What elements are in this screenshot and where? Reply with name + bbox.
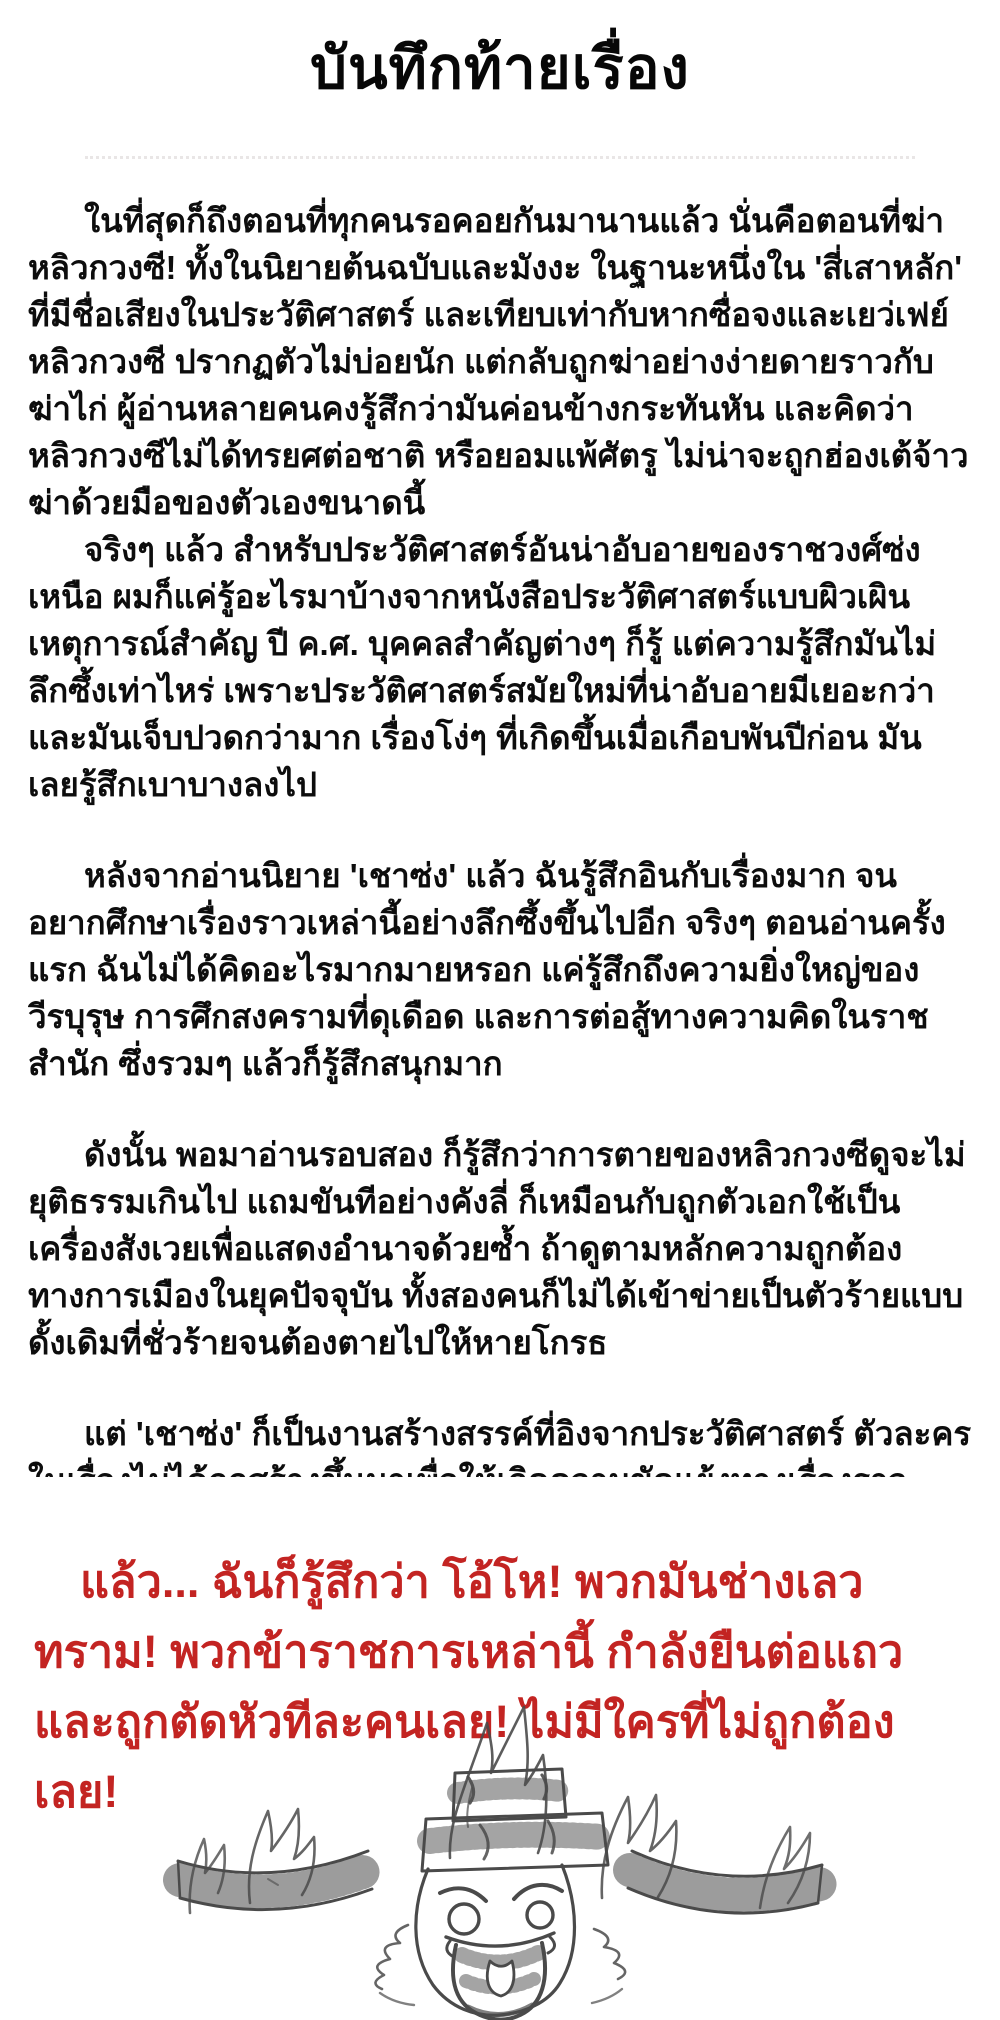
- page-title: บันทึกท้ายเรื่อง: [28, 34, 972, 104]
- afterword-page: บันทึกท้ายเรื่อง ในที่สุดก็ถึงตอนที่ทุกค…: [0, 0, 1000, 2020]
- paragraph: ดังนั้น พอมาอ่านรอบสอง ก็รู้สึกว่าการตาย…: [28, 1131, 972, 1366]
- afterword-body: ในที่สุดก็ถึงตอนที่ทุกคนรอคอยกันมานานแล้…: [28, 197, 972, 1477]
- paragraph: หลังจากอ่านนิยาย 'เชาซ่ง' แล้ว ฉันรู้สึก…: [28, 852, 972, 1087]
- highlighted-note: แล้ว... ฉันก็รู้สึกว่า โอ้โห! พวกมันช่าง…: [34, 1547, 966, 1777]
- paragraph: จริงๆ แล้ว สำหรับประวัติศาสตร์อันน่าอับอ…: [28, 526, 972, 808]
- paragraph: แต่ 'เชาซ่ง' ก็เป็นงานสร้างสรรค์ที่อิงจา…: [28, 1410, 972, 1477]
- title-divider: [85, 156, 916, 159]
- paragraph: ในที่สุดก็ถึงตอนที่ทุกคนรอคอยกันมานานแล้…: [28, 197, 972, 526]
